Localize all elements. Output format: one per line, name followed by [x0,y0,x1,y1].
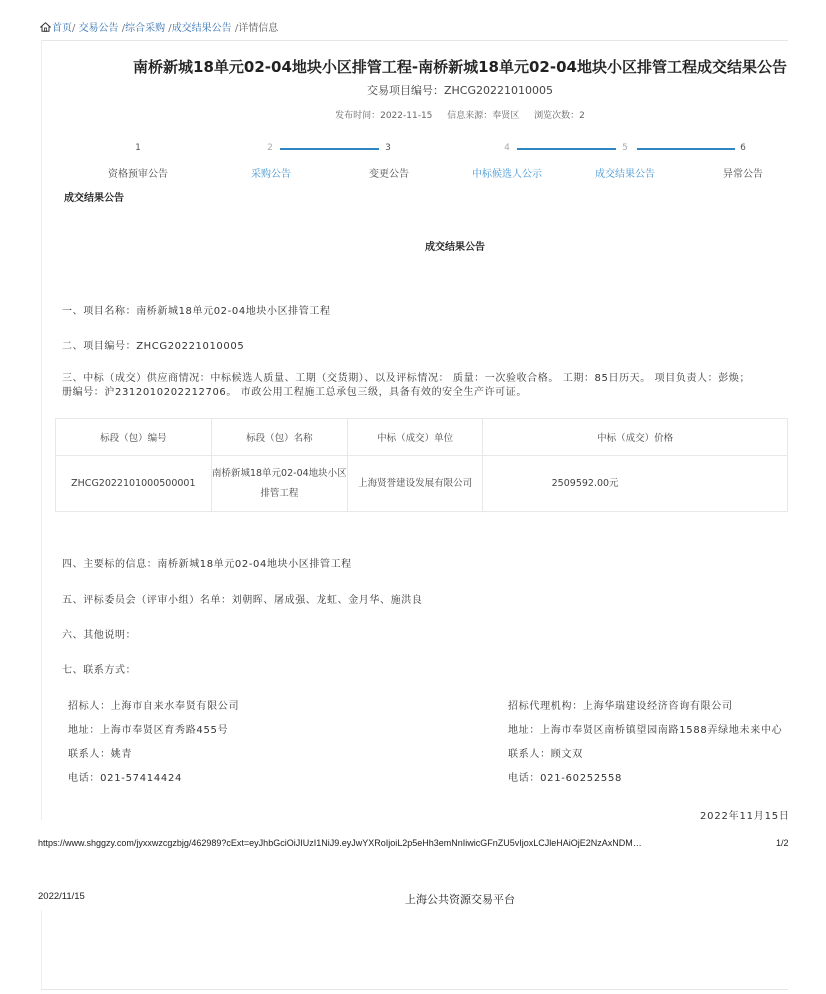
agency-phone: 电话：021-60252558 [508,769,622,784]
print-url[interactable]: https://www.shggzy.com/jyxxwzcgzbjg/4629… [38,838,763,848]
tenderer-address: 地址：上海市奉贤区育秀路455号 [68,721,228,736]
lot-code: ZHCG2022101000500001 [56,456,212,512]
step-exception-notice[interactable]: 异常公告 [688,165,798,180]
supplier-info-line: 册编号：沪2312010202212706。 市政公用工程施工总承包三级，具备有… [62,386,802,400]
breadcrumb: 首页/ 交易公告 /综合采购 /成交结果公告 /详情信息 [40,19,278,34]
publish-time: 发布时间：2022-11-15 [335,111,432,121]
content-frame-border [41,40,788,41]
home-icon[interactable] [40,22,51,32]
content-frame-border [41,910,42,990]
step-procurement-notice[interactable]: 采购公告 [216,165,326,180]
step-change-notice[interactable]: 变更公告 [334,165,444,180]
contact-heading: 七、联系方式： [62,661,136,676]
table-row: ZHCG2022101000500001 南桥新城18单元02-04地块小区排管… [56,456,788,512]
step-number-2: 2 [260,143,280,153]
breadcrumb-comprehensive-procurement[interactable]: 综合采购 [125,23,165,34]
step-connector [637,148,735,150]
agency-contact: 联系人：顾文双 [508,745,583,760]
print-site-title: 上海公共资源交易平台 [330,891,590,907]
document-heading: 成交结果公告 [330,238,580,253]
winning-price: 2509592.00元 [483,456,788,512]
other-notes: 六、其他说明： [62,626,136,641]
page-number: 1/2 [776,838,789,848]
step-connector [517,148,616,150]
supplier-info-line: 三、中标（成交）供应商情况：中标候选人质量、工期（交货期）、以及评标情况： 质量… [62,372,802,386]
step-number-3: 3 [378,143,398,153]
tenderer-org: 招标人：上海市自来水奉贤有限公司 [68,697,239,712]
supplier-info: 三、中标（成交）供应商情况：中标候选人质量、工期（交货期）、以及评标情况： 质量… [62,372,802,400]
content-frame-border [41,40,42,820]
lot-name: 南桥新城18单元02-04地块小区排管工程 [211,456,347,512]
breadcrumb-current: 详情信息 [238,23,278,34]
column-header: 中标（成交）价格 [483,419,788,456]
view-count: 浏览次数：2 [534,111,585,121]
info-source: 信息来源：奉贤区 [447,111,519,121]
project-number: 二、项目编号：ZHCG20221010005 [62,337,244,352]
table-header-row: 标段（包）编号 标段（包）名称 中标（成交）单位 中标（成交）价格 [56,419,788,456]
agency-org: 招标代理机构：上海华瑞建设经济咨询有限公司 [508,697,733,712]
print-date: 2022/11/15 [38,891,85,902]
result-table: 标段（包）编号 标段（包）名称 中标（成交）单位 中标（成交）价格 ZHCG20… [55,418,788,512]
winning-company: 上海贤誉建设发展有限公司 [347,456,482,512]
project-code-value: ZHCG20221010005 [444,84,553,97]
page-title: 南桥新城18单元02-04地块小区排管工程-南桥新城18单元02-04地块小区排… [120,56,800,77]
tenderer-phone: 电话：021-57414424 [68,769,182,784]
step-number-5: 5 [615,143,635,153]
column-header: 标段（包）名称 [211,419,347,456]
breadcrumb-result-notices[interactable]: 成交结果公告 [172,23,232,34]
step-connector [280,148,379,150]
project-code: 交易项目编号：ZHCG20221010005 [120,82,800,98]
project-code-label: 交易项目编号： [367,84,444,97]
lot-name-line: 排管工程 [260,488,298,499]
step-number-4: 4 [497,143,517,153]
agency-address: 地址：上海市奉贤区南桥镇望园南路1588弄绿地未来中心 [508,721,790,736]
main-subject-info: 四、主要标的信息：南桥新城18单元02-04地块小区排管工程 [62,555,352,570]
result-table-container: 标段（包）编号 标段（包）名称 中标（成交）单位 中标（成交）价格 ZHCG20… [55,418,788,514]
column-header: 中标（成交）单位 [347,419,482,456]
step-result-notice[interactable]: 成交结果公告 [570,165,680,180]
project-name: 一、项目名称：南桥新城18单元02-04地块小区排管工程 [62,302,331,317]
breadcrumb-trade-notices[interactable]: 交易公告 [79,23,119,34]
section-tag: 成交结果公告 [64,189,124,204]
evaluation-committee: 五、评标委员会（评审小组）名单：刘朝晖、屠成强、龙虹、金月华、施洪良 [62,591,422,606]
step-number-1: 1 [128,143,148,153]
lot-name-line: 南桥新城18单元02-04地块小区 [212,468,347,479]
tenderer-contact: 联系人：姚青 [68,745,132,760]
content-frame-border [41,989,788,990]
step-prequalification[interactable]: 资格预审公告 [83,165,193,180]
breadcrumb-home[interactable]: 首页 [52,23,72,34]
step-candidate-publicity[interactable]: 中标候选人公示 [452,165,562,180]
step-number-6: 6 [733,143,753,153]
publish-meta: 发布时间：2022-11-15 信息来源：奉贤区 浏览次数：2 [120,108,800,121]
signature-date: 2022年11月15日 [700,807,790,822]
column-header: 标段（包）编号 [56,419,212,456]
